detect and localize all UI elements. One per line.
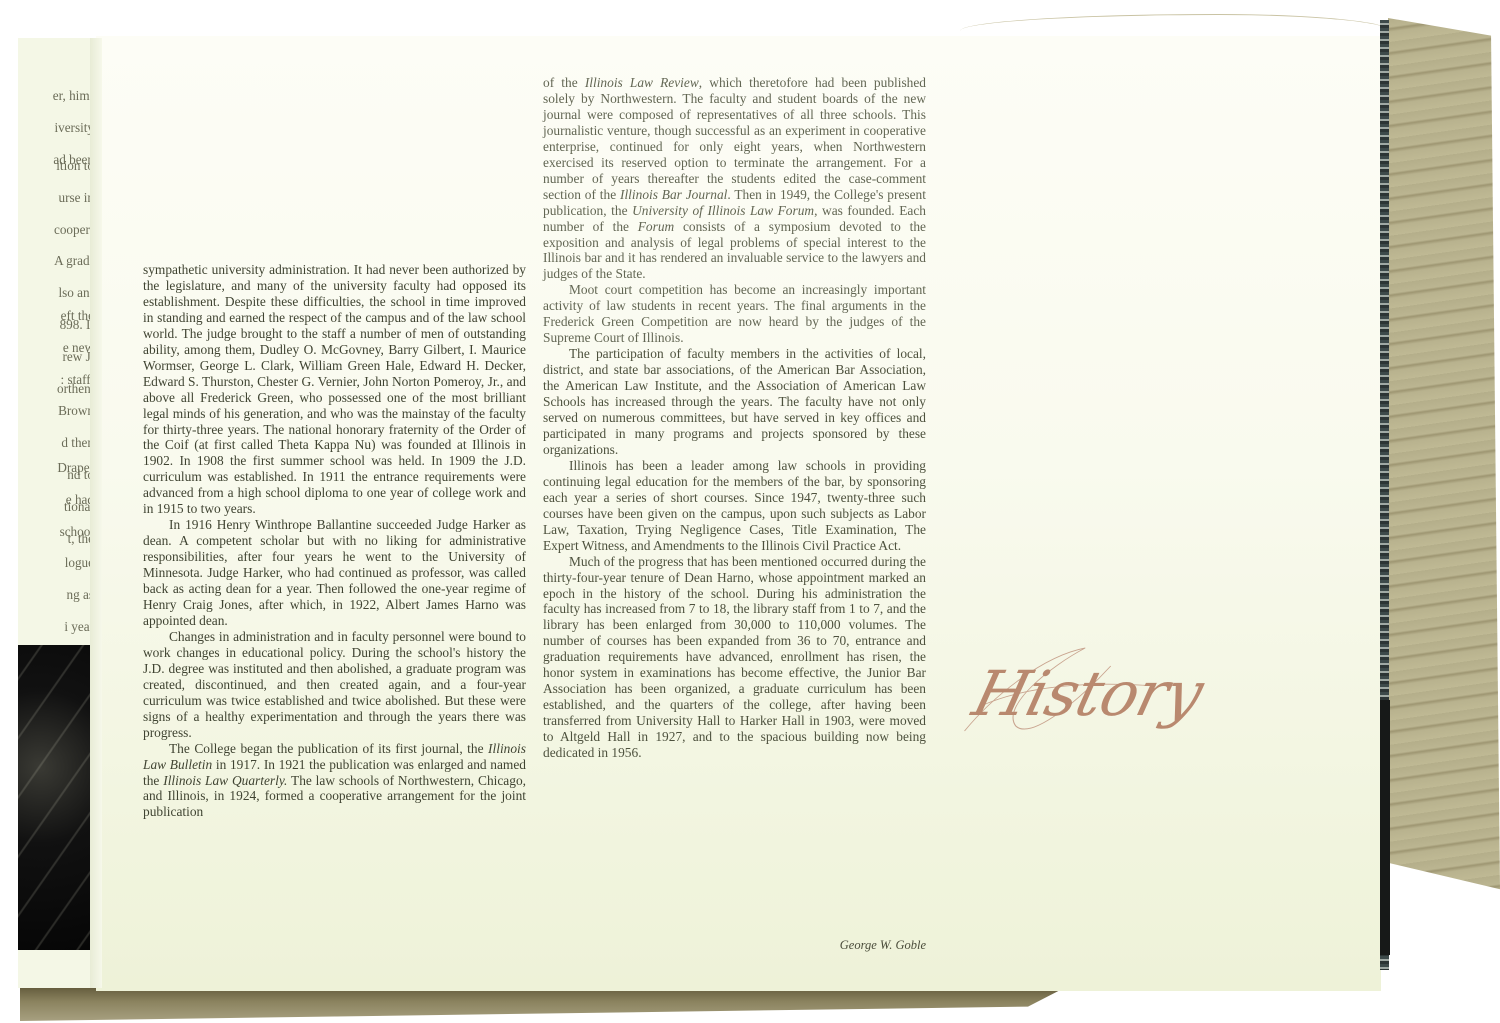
journal-title: Illinois Law Quarterly. xyxy=(163,773,287,788)
text-column-right: of the Illinois Law Review, which theret… xyxy=(543,75,926,761)
fragment-line: ition to xyxy=(0,158,94,174)
text-run: of the xyxy=(543,75,585,90)
paragraph: of the Illinois Law Review, which theret… xyxy=(543,75,926,282)
paragraph: Illinois has been a leader among law sch… xyxy=(543,458,926,554)
fragment-line: ng as xyxy=(0,587,94,603)
paragraph: Much of the progress that has been menti… xyxy=(543,554,926,761)
fragment-line: school xyxy=(0,524,94,540)
fragment-line: A grad- xyxy=(0,253,94,269)
fragment-line: i year xyxy=(0,619,94,635)
paragraph: The College began the publication of its… xyxy=(143,741,526,821)
journal-title: Illinois Law Review xyxy=(585,75,699,90)
fragment-line: eft the xyxy=(0,308,94,324)
fragment-line: e had xyxy=(0,492,94,508)
journal-title: Forum xyxy=(638,219,674,234)
author-signature: George W. Goble xyxy=(700,938,926,953)
fragment-line: Brown xyxy=(0,403,94,419)
text-column-left: sympathetic university administration. I… xyxy=(143,262,526,820)
fragment-line: iversity xyxy=(0,120,94,136)
page-top-curve xyxy=(960,14,1390,31)
photo-strip xyxy=(18,645,92,950)
fragment-line: logue xyxy=(0,555,94,571)
fragment-line: Draper xyxy=(0,460,94,476)
paragraph: The participation of faculty members in … xyxy=(543,346,926,458)
journal-title: University of Illinois Law Forum xyxy=(632,203,814,218)
fragment-line: cooper- xyxy=(0,222,94,238)
fragment-line: urse in xyxy=(0,190,94,206)
paragraph: In 1916 Henry Winthrope Ballantine succe… xyxy=(143,517,526,629)
gutter-shadow xyxy=(90,38,102,988)
fragment-line: e new xyxy=(0,340,94,356)
book-spine-dark xyxy=(1380,700,1390,955)
section-title: History xyxy=(966,657,1210,730)
paragraph: sympathetic university administration. I… xyxy=(143,262,526,517)
paragraph: Moot court competition has become an inc… xyxy=(543,282,926,346)
section-title-script: History xyxy=(942,628,1234,758)
fragment-line: er, him- xyxy=(0,88,94,104)
paragraph: Changes in administration and in faculty… xyxy=(143,629,526,741)
text-run: The College began the publication of its… xyxy=(169,741,488,756)
text-run: , which theretofore had been published s… xyxy=(543,75,926,202)
journal-title: Illinois Bar Journal xyxy=(620,187,727,202)
wood-desk-right xyxy=(1388,18,1500,898)
fragment-line: : staff. xyxy=(0,372,94,388)
